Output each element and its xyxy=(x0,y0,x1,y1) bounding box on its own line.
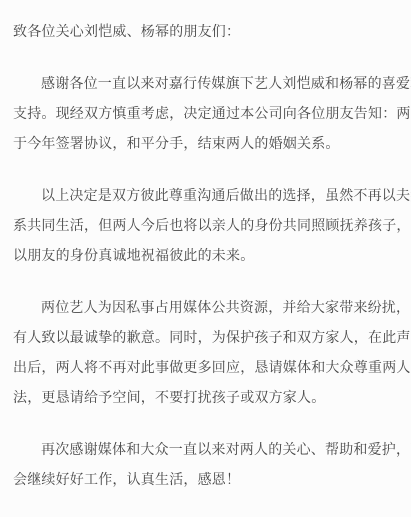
paragraph-line: 于今年签署协议，和平分手，结束两人的婚姻关系。 xyxy=(13,128,398,158)
paragraph-line: 支持。现经双方慎重考虑，决定通过本公司向各位朋友告知：两人已 xyxy=(13,98,398,128)
announcement-page: 致各位关心刘恺威、杨幂的朋友们： 感谢各位一直以来对嘉行传媒旗下艺人刘恺威和杨幂… xyxy=(0,0,411,517)
salutation-line: 致各位关心刘恺威、杨幂的朋友们： xyxy=(13,16,398,46)
paragraph-2: 以上决定是双方彼此尊重沟通后做出的选择，虽然不再以夫妻关 系共同生活，但两人今后… xyxy=(13,180,398,270)
paragraph-line: 有人致以最诚挚的歉意。同时，为保护孩子和双方家人，在此声明发 xyxy=(13,322,398,352)
paragraph-line: 出后，两人将不再对此事做更多回应，恳请媒体和大众尊重两人的想 xyxy=(13,352,398,382)
paragraph-4: 再次感谢媒体和大众一直以来对两人的关心、帮助和爱护，两人 会继续好好工作，认真生… xyxy=(13,434,398,494)
paragraph-line: 感谢各位一直以来对嘉行传媒旗下艺人刘恺威和杨幂的喜爱和 xyxy=(13,68,398,98)
paragraph-line: 再次感谢媒体和大众一直以来对两人的关心、帮助和爱护，两人 xyxy=(13,434,398,464)
paragraph-line: 系共同生活，但两人今后也将以亲人的身份共同照顾抚养孩子，同时 xyxy=(13,210,398,240)
paragraph-line: 以朋友的身份真诚地祝福彼此的未来。 xyxy=(13,240,398,270)
paragraph-line: 以上决定是双方彼此尊重沟通后做出的选择，虽然不再以夫妻关 xyxy=(13,180,398,210)
paragraph-line: 两位艺人为因私事占用媒体公共资源，并给大家带来纷扰，向所 xyxy=(13,292,398,322)
paragraph-1: 感谢各位一直以来对嘉行传媒旗下艺人刘恺威和杨幂的喜爱和 支持。现经双方慎重考虑，… xyxy=(13,68,398,158)
paragraph-3: 两位艺人为因私事占用媒体公共资源，并给大家带来纷扰，向所 有人致以最诚挚的歉意。… xyxy=(13,292,398,412)
paragraph-line: 会继续好好工作，认真生活，感恩！ xyxy=(13,464,398,494)
paragraph-line: 法，更恳请给予空间，不要打扰孩子或双方家人。 xyxy=(13,382,398,412)
